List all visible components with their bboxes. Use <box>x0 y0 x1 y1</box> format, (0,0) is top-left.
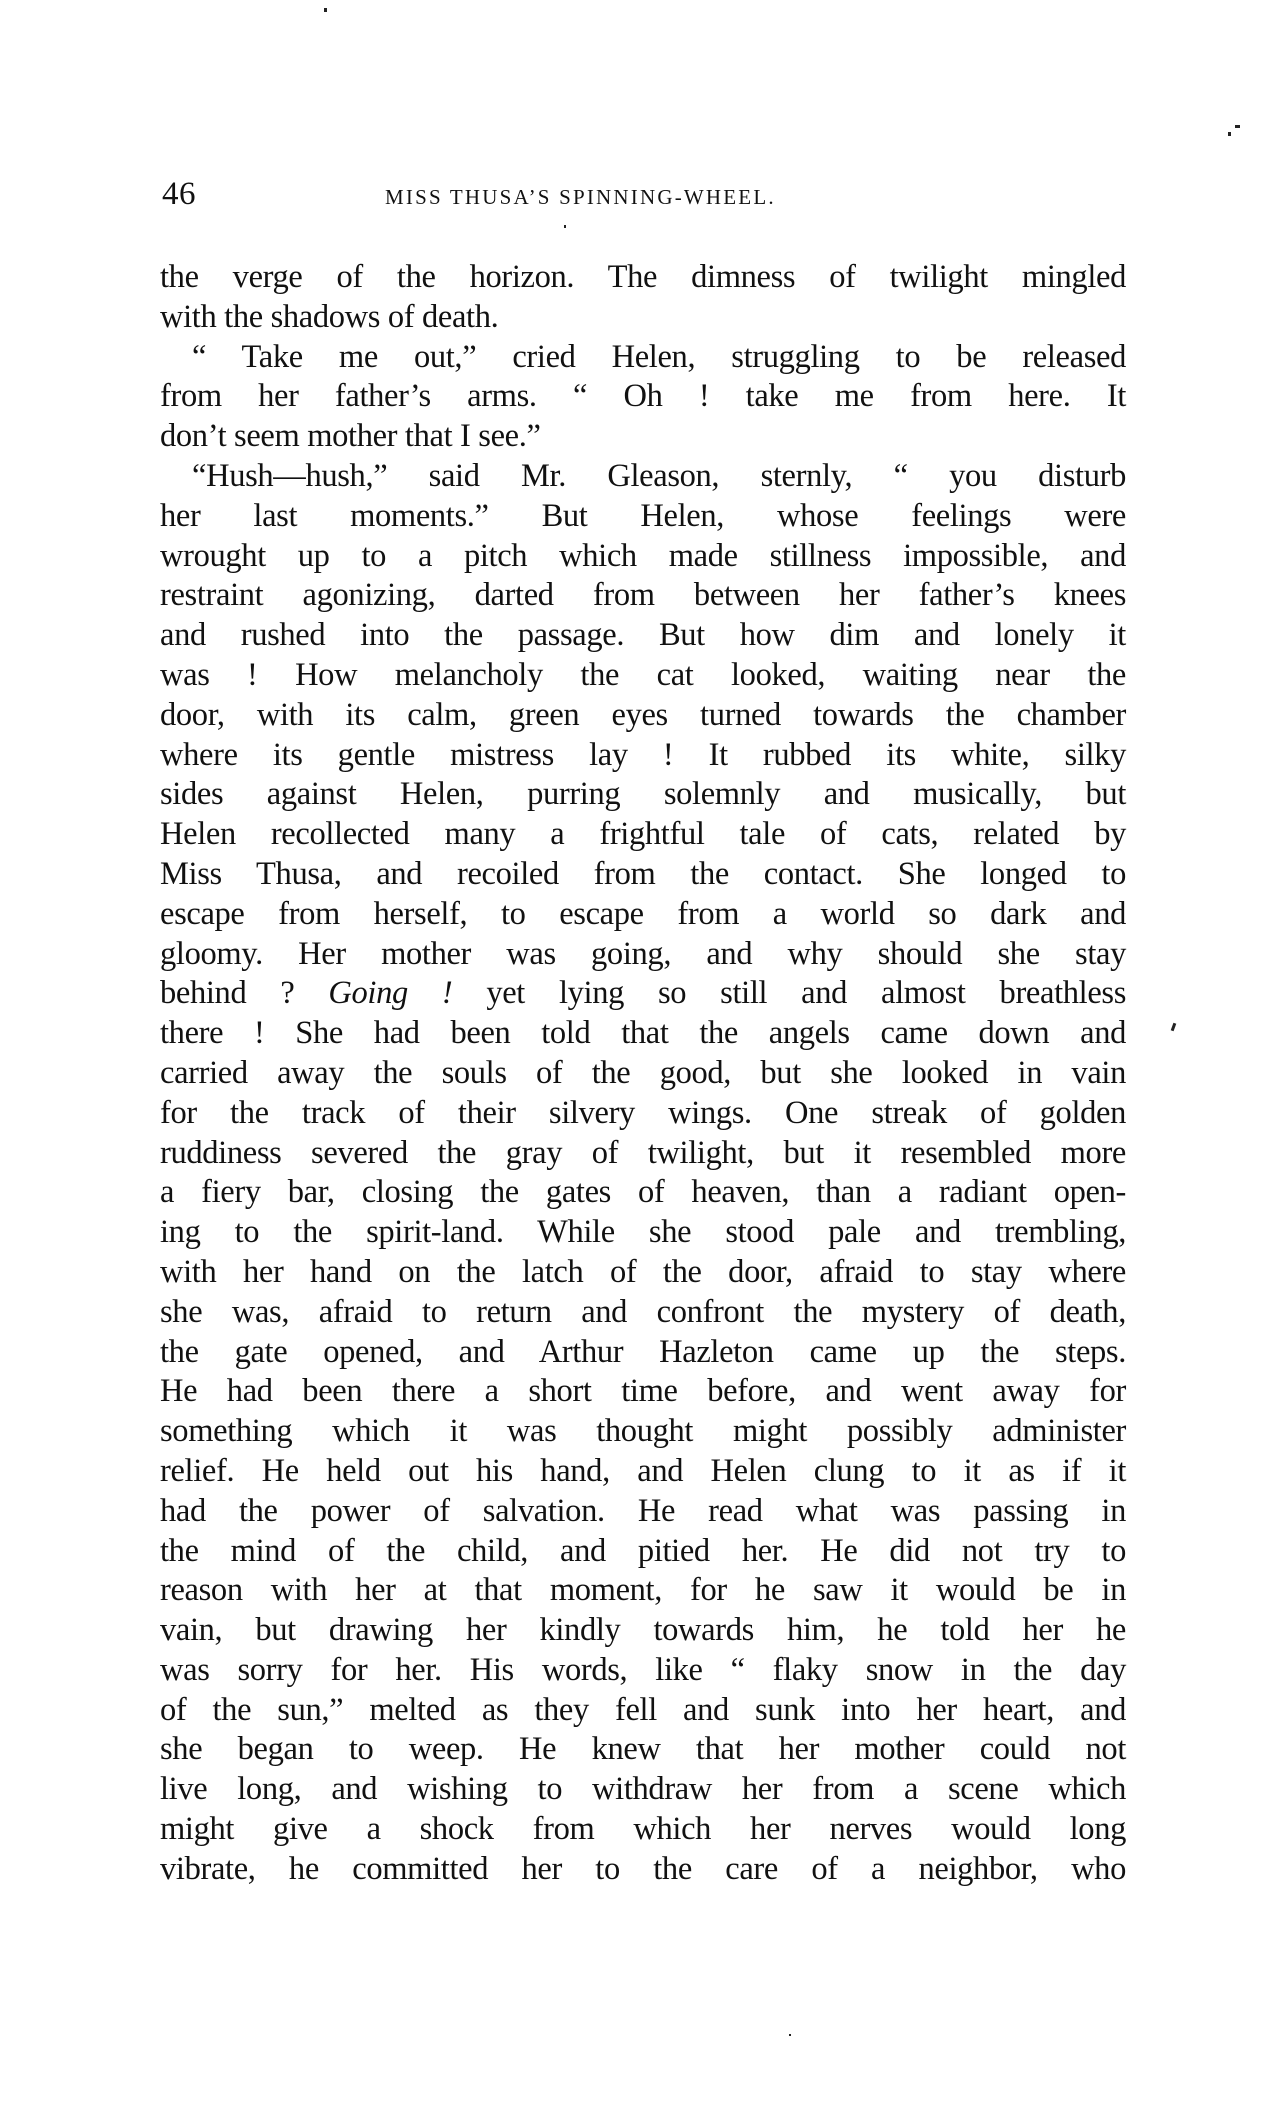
text-line: a fiery bar, closing the gates of heaven… <box>160 1173 1126 1213</box>
text-line: carried away the souls of the good, but … <box>160 1054 1126 1094</box>
running-head: 46 MISS THUSA’S SPINNING-WHEEL. <box>160 176 1126 212</box>
text-line: relief. He held out his hand, and Helen … <box>160 1452 1126 1492</box>
scan-speck-right <box>1235 125 1240 128</box>
book-page: 46 MISS THUSA’S SPINNING-WHEEL. the verg… <box>0 0 1269 2114</box>
text-line: gloomy. Her mother was going, and why sh… <box>160 935 1126 975</box>
text-line: and rushed into the passage. But how dim… <box>160 616 1126 656</box>
text-line: with her hand on the latch of the door, … <box>160 1253 1126 1293</box>
text-line: the gate opened, and Arthur Hazleton cam… <box>160 1333 1126 1373</box>
text-line: door, with its calm, green eyes turned t… <box>160 696 1126 736</box>
text-line: the mind of the child, and pitied her. H… <box>160 1532 1126 1572</box>
text-line: live long, and wishing to withdraw her f… <box>160 1770 1126 1810</box>
text-segment: behind ? <box>160 975 328 1011</box>
text-line: don’t seem mother that I see.” <box>160 417 1126 457</box>
text-line: “ Take me out,” cried Helen, struggling … <box>160 338 1126 378</box>
scan-speck-right-2 <box>1228 132 1231 136</box>
text-line: of the sun,” melted as they fell and sun… <box>160 1691 1126 1731</box>
text-line: vain, but drawing her kindly towards him… <box>160 1611 1126 1651</box>
running-title: MISS THUSA’S SPINNING-WHEEL. <box>385 182 776 212</box>
text-line: where its gentle mistress lay ! It rubbe… <box>160 736 1126 776</box>
text-line: ing to the spirit-land. While she stood … <box>160 1213 1126 1253</box>
text-line: sides against Helen, purring solemnly an… <box>160 775 1126 815</box>
text-line: was ! How melancholy the cat looked, wai… <box>160 656 1126 696</box>
page-number: 46 <box>162 176 196 212</box>
text-line: her last moments.” But Helen, whose feel… <box>160 497 1126 537</box>
text-line: escape from herself, to escape from a wo… <box>160 895 1126 935</box>
text-line: behind ? Going ! yet lying so still and … <box>160 974 1126 1014</box>
body-text: the verge of the horizon. The dimness of… <box>160 258 1126 1890</box>
text-segment: yet lying so still and almost breathless <box>452 975 1126 1011</box>
text-line: she began to weep. He knew that her moth… <box>160 1730 1126 1770</box>
text-line: had the power of salvation. He read what… <box>160 1492 1126 1532</box>
text-line: with the shadows of death. <box>160 298 1126 338</box>
text-line: the verge of the horizon. The dimness of… <box>160 258 1126 298</box>
text-line: something which it was thought might pos… <box>160 1412 1126 1452</box>
text-line: ruddiness severed the gray of twilight, … <box>160 1134 1126 1174</box>
text-line: might give a shock from which her nerves… <box>160 1810 1126 1850</box>
text-line: she was, afraid to return and confront t… <box>160 1293 1126 1333</box>
text-line: Miss Thusa, and recoiled from the contac… <box>160 855 1126 895</box>
italic-emphasis: Going ! <box>328 975 452 1011</box>
scan-speck-top <box>324 8 327 12</box>
text-line: from her father’s arms. “ Oh ! take me f… <box>160 377 1126 417</box>
text-line: “Hush—hush,” said Mr. Gleason, sternly, … <box>160 457 1126 497</box>
text-line: for the track of their silvery wings. On… <box>160 1094 1126 1134</box>
scan-speck-margin <box>1171 1023 1177 1032</box>
text-line: He had been there a short time before, a… <box>160 1372 1126 1412</box>
text-line: there ! She had been told that the angel… <box>160 1014 1126 1054</box>
text-line: wrought up to a pitch which made stillne… <box>160 537 1126 577</box>
text-line: vibrate, he committed her to the care of… <box>160 1850 1126 1890</box>
text-line: reason with her at that moment, for he s… <box>160 1571 1126 1611</box>
text-line: restraint agonizing, darted from between… <box>160 576 1126 616</box>
text-line: Helen recollected many a frightful tale … <box>160 815 1126 855</box>
scan-speck-header <box>564 225 566 228</box>
text-line: was sorry for her. His words, like “ fla… <box>160 1651 1126 1691</box>
scan-speck-bottom <box>789 2034 791 2036</box>
